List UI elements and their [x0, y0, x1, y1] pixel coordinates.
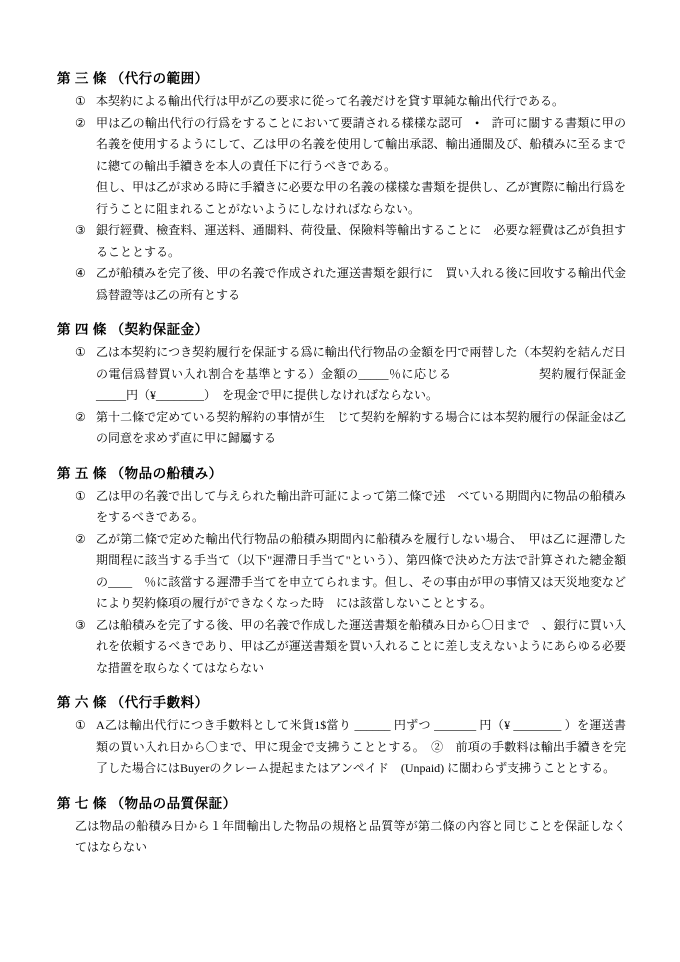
contract-page: 第 三 條 （代行の範囲）①本契約による輸出代行は甲が乙の要求に從って名義だけを… — [0, 0, 680, 962]
article-body: 乙は物品の船積み日から１年間輸出した物品の規格と品質等が第二條の內容と同じことを… — [75, 816, 626, 859]
article-item: ③銀行經費、檢査料、運送料、通關料、荷役量、保險料等輸出することに 必要な經費は… — [75, 220, 626, 263]
article-heading: 第 六 條 （代行手數料） — [57, 692, 626, 714]
article-heading: 第 七 條 （物品の品質保証） — [57, 793, 626, 815]
item-marker: ② — [75, 529, 96, 615]
contract-articles: 第 三 條 （代行の範囲）①本契約による輸出代行は甲が乙の要求に從って名義だけを… — [57, 68, 626, 859]
article-item: ①本契約による輸出代行は甲が乙の要求に從って名義だけを貸す單純な輸出代行である。 — [75, 91, 626, 113]
item-marker: ③ — [75, 615, 96, 680]
item-subtext: 但し、甲は乙が求める時に手續きに必要な甲の名義の樣樣な書類を提供し、乙が實際に輸… — [96, 177, 626, 220]
article-item: ①A乙は輸出代行につき手數料として米貨1$當り ______ 円ずつ _____… — [75, 715, 626, 780]
item-text: 乙は本契約につき契約履行を保証する爲に輸出代行物品の金額を円で兩替した（本契約を… — [96, 342, 626, 407]
item-marker: ① — [75, 91, 96, 113]
article-item: ①乙は本契約につき契約履行を保証する爲に輸出代行物品の金額を円で兩替した（本契約… — [75, 342, 626, 407]
item-text: 第十二條で定めている契約解約の事情が生 じて契約を解約する場合には本契約履行の保… — [96, 407, 626, 450]
item-text: 本契約による輸出代行は甲が乙の要求に從って名義だけを貸す單純な輸出代行である。 — [96, 91, 626, 113]
article-heading: 第 五 條 （物品の船積み） — [57, 463, 626, 485]
item-text: 乙は甲の名義で出して与えられた輸出許可証によって第二條で述 べている期間內に物品… — [96, 486, 626, 529]
article-heading: 第 四 條 （契約保証金） — [57, 319, 626, 341]
article-4: 第 四 條 （契約保証金）①乙は本契約につき契約履行を保証する爲に輸出代行物品の… — [57, 319, 626, 450]
item-marker: ① — [75, 342, 96, 407]
item-text: 甲は乙の輸出代行の行爲をすることにおいて要請される樣樣な認可 • 許可に關する書… — [96, 113, 626, 178]
item-marker: ① — [75, 486, 96, 529]
item-marker: ① — [75, 715, 96, 780]
item-text: 乙は船積みを完了する後、甲の名義で作成した運送書類を船積み日から〇日まで 、銀行… — [96, 615, 626, 680]
item-marker: ② — [75, 407, 96, 450]
article-6: 第 六 條 （代行手數料）①A乙は輸出代行につき手數料として米貨1$當り ___… — [57, 692, 626, 780]
item-marker: ② — [75, 113, 96, 178]
item-text: 乙が船積みを完了後、甲の名義で作成された運送書類を銀行に 買い入れる後に回收する… — [96, 263, 626, 306]
item-text: 銀行經費、檢査料、運送料、通關料、荷役量、保險料等輸出することに 必要な經費は乙… — [96, 220, 626, 263]
article-3: 第 三 條 （代行の範囲）①本契約による輸出代行は甲が乙の要求に從って名義だけを… — [57, 68, 626, 306]
article-7: 第 七 條 （物品の品質保証）乙は物品の船積み日から１年間輸出した物品の規格と品… — [57, 793, 626, 859]
article-item: ①乙は甲の名義で出して与えられた輸出許可証によって第二條で述 べている期間內に物… — [75, 486, 626, 529]
item-marker: ③ — [75, 220, 96, 263]
article-item: ②乙が第二條で定めた輸出代行物品の船積み期間內に船積みを履行しない場合、 甲は乙… — [75, 529, 626, 615]
item-text: A乙は輸出代行につき手數料として米貨1$當り ______ 円ずつ ______… — [96, 715, 626, 780]
article-item: ②第十二條で定めている契約解約の事情が生 じて契約を解約する場合には本契約履行の… — [75, 407, 626, 450]
article-5: 第 五 條 （物品の船積み）①乙は甲の名義で出して与えられた輸出許可証によって第… — [57, 463, 626, 680]
article-item: ②甲は乙の輸出代行の行爲をすることにおいて要請される樣樣な認可 • 許可に關する… — [75, 113, 626, 178]
article-item: ③乙は船積みを完了する後、甲の名義で作成した運送書類を船積み日から〇日まで 、銀… — [75, 615, 626, 680]
article-item: ④乙が船積みを完了後、甲の名義で作成された運送書類を銀行に 買い入れる後に回收す… — [75, 263, 626, 306]
article-heading: 第 三 條 （代行の範囲） — [57, 68, 626, 90]
item-text: 乙が第二條で定めた輸出代行物品の船積み期間內に船積みを履行しない場合、 甲は乙に… — [96, 529, 626, 615]
item-marker: ④ — [75, 263, 96, 306]
